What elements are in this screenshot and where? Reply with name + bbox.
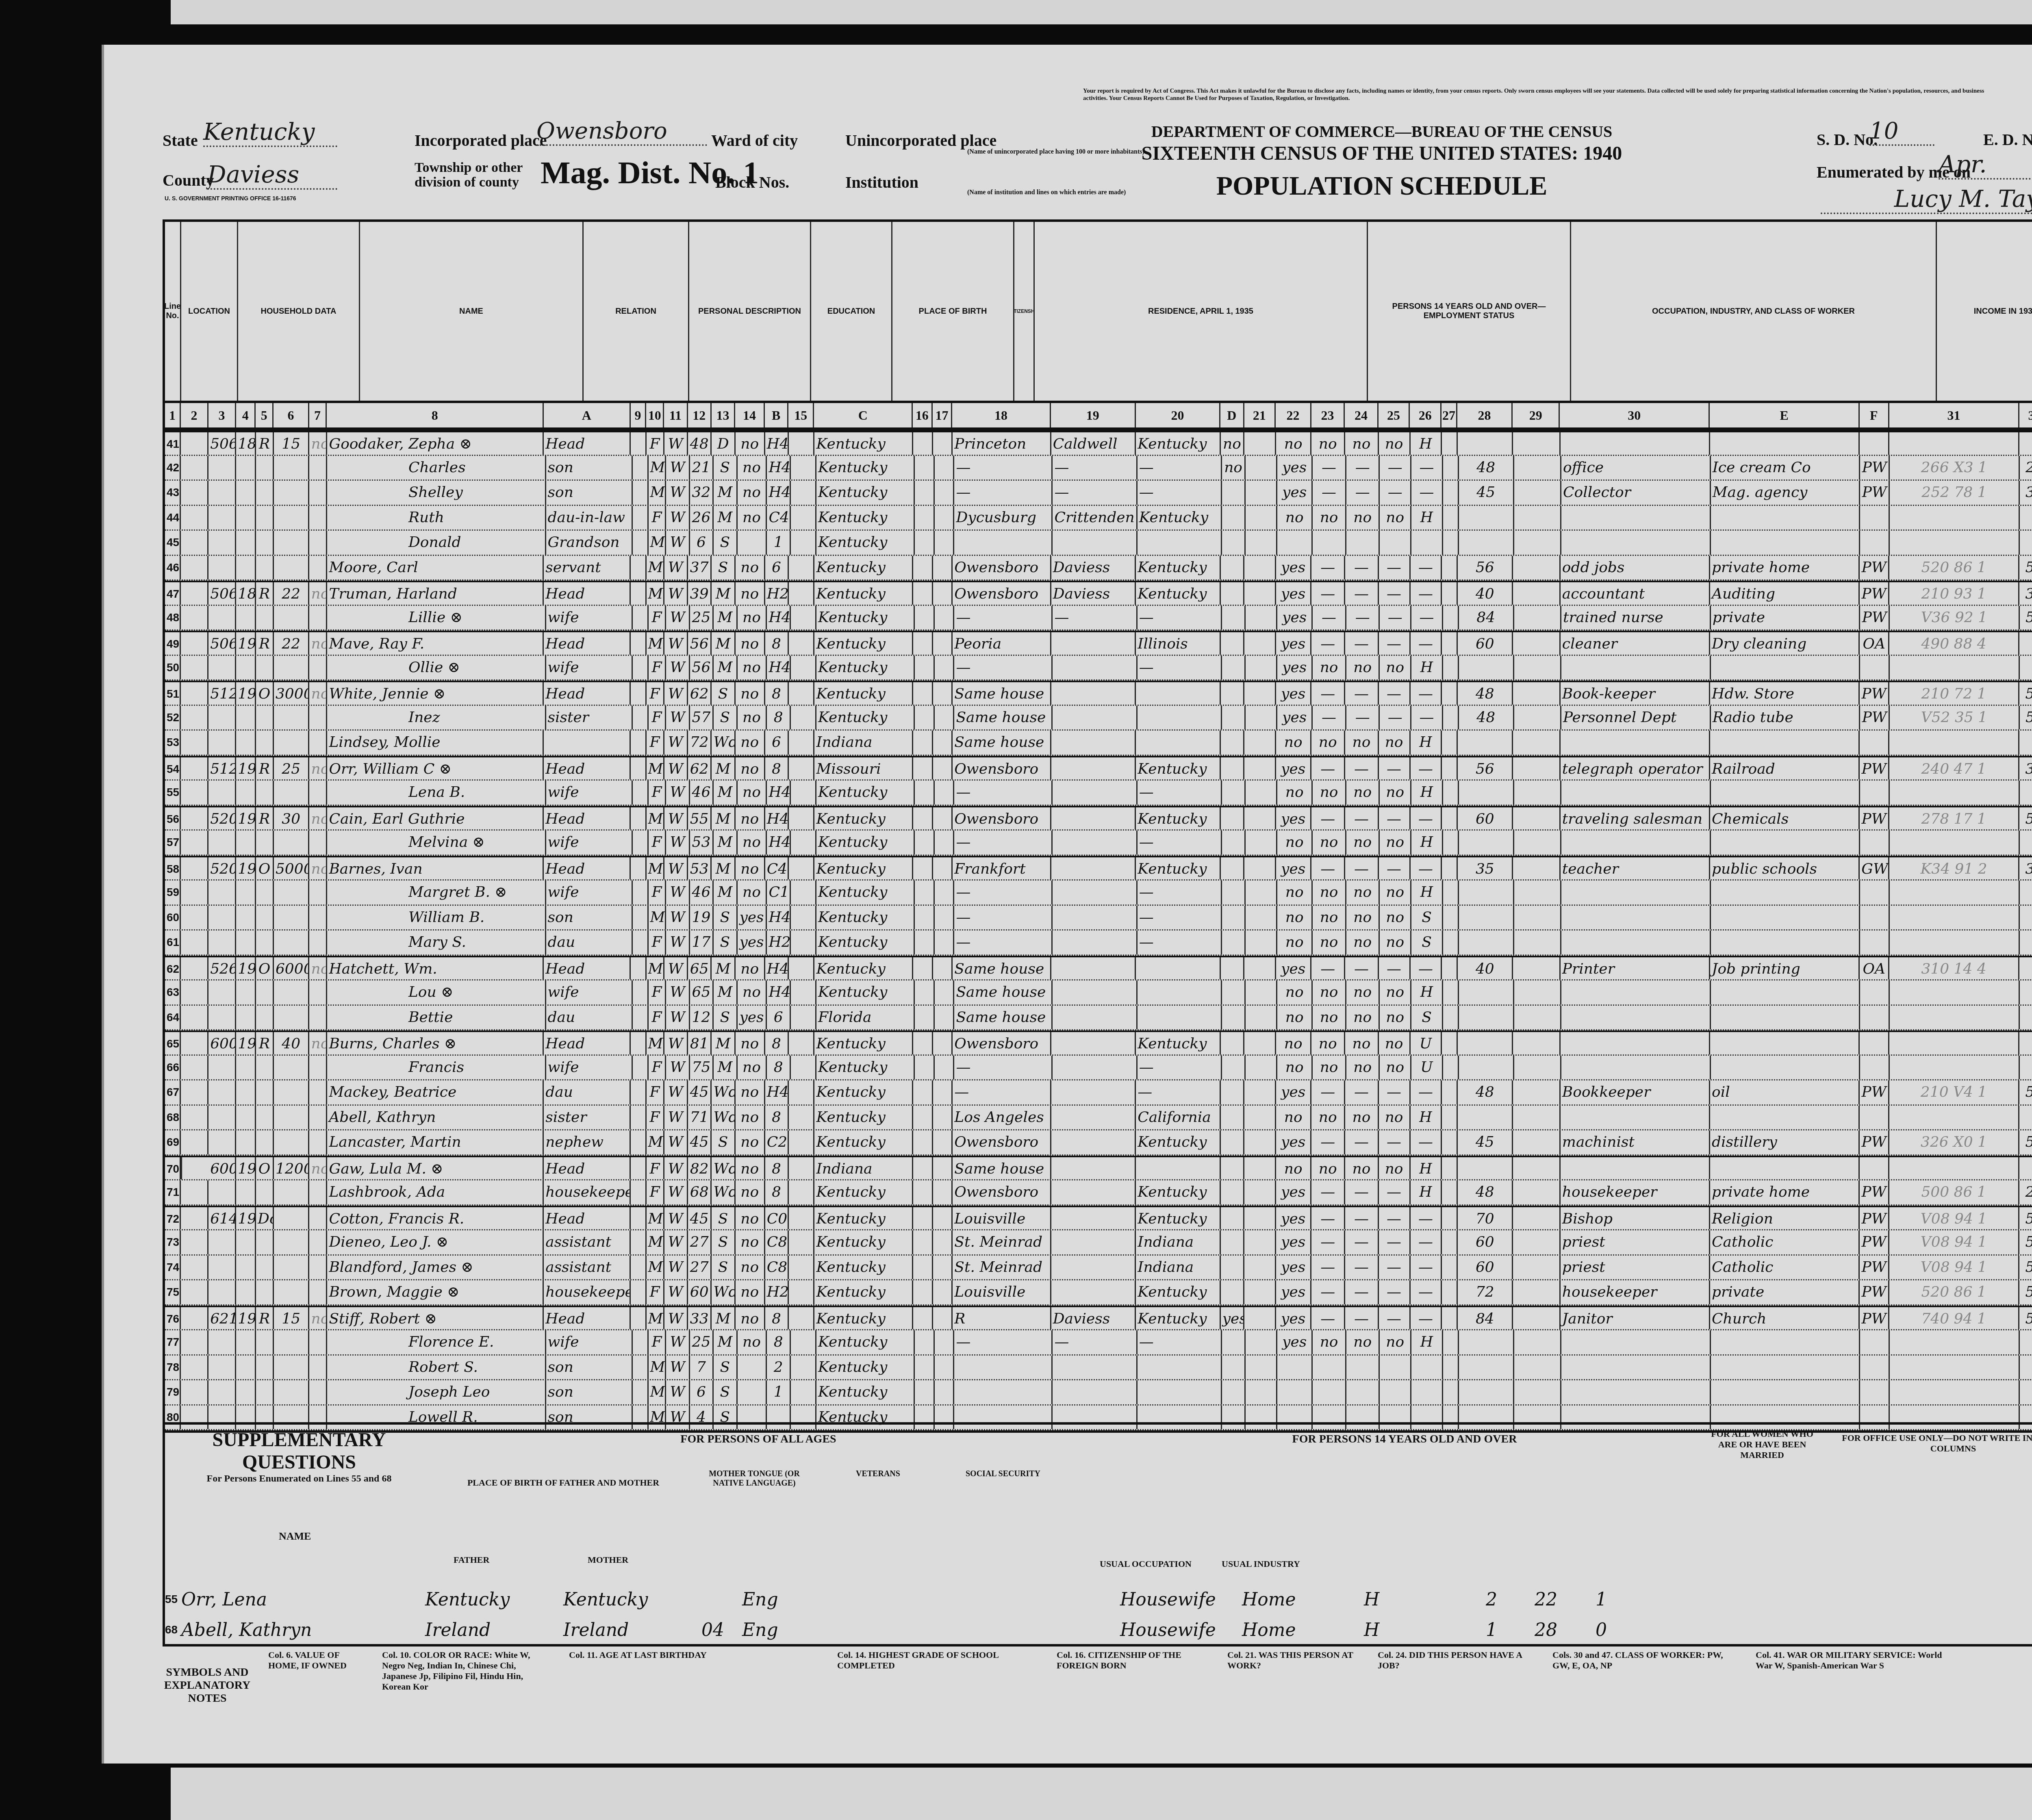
cell-marital: S [714,706,737,730]
cell-grade: 8 [767,706,790,730]
cell-age: 60 [688,1280,712,1304]
cell-c25: H [1411,731,1442,755]
cell-D [1246,706,1277,730]
cell-age: 53 [688,857,712,880]
cell-industry [1711,831,1860,855]
cell-res-farm [1221,1230,1244,1254]
cell-B [789,1280,814,1304]
cell-age: 39 [688,582,712,605]
cell-grade: H4 [765,1080,789,1104]
cell-res-county [1051,682,1136,705]
cell-res-county [1053,931,1137,954]
cell-race: W [664,1256,688,1280]
cell-tenure: R [256,1307,274,1330]
cell-tenure: O [256,957,274,980]
cell-C [913,807,933,830]
cell-res-state [1138,1356,1222,1380]
sup-children: 0 [1596,1620,1644,1640]
cell-C [913,1230,933,1254]
cell-c25: — [1411,1307,1442,1330]
cell-D [1244,857,1276,880]
cell-street [181,506,208,530]
cell-industry: Chemicals [1710,807,1860,830]
cell-hours [1459,981,1514,1004]
cell-code: 500 86 1 [1889,1180,2019,1204]
cell-res-city: — [954,906,1053,930]
cell-race: W [666,906,690,930]
cell-value [274,981,309,1004]
cell-res-farm [1221,1157,1244,1180]
cell-res-farm [1221,1130,1244,1154]
cell-res-city: — [954,456,1053,480]
cell-code [1889,432,2019,455]
cell-res-city: Same house [954,706,1053,730]
supplementary-subtitle: For Persons Enumerated on Lines 55 and 6… [169,1473,429,1484]
cell-A [633,831,649,855]
cell-school: no [736,1180,765,1204]
cell-line: 54 [165,757,181,780]
cell-tenure [256,881,274,905]
cell-res-city: Owensboro [953,807,1051,830]
table-row: 60William B.sonMW19SyesH4Kentucky——nonon… [165,906,2032,931]
cell-line: 51 [165,682,181,705]
cell-c22: no [1313,656,1346,680]
cell-res-city: Same house [953,1157,1051,1180]
cell-visit: 189 [236,582,256,605]
sup-code: 04 [701,1620,742,1640]
cell-res-farm [1222,931,1246,954]
cell-grade: 8 [765,1106,789,1130]
sup-header-usual-industry: USUAL INDUSTRY [1222,1559,1300,1569]
cell-relation: Head [544,582,630,605]
cell-farm [309,1207,327,1230]
cell-c22: no [1313,1006,1346,1030]
cell-grade: H4 [765,432,789,455]
incorporated-place-value: Owensboro [536,118,707,146]
cell-res-county: Crittenden [1053,506,1137,530]
cell-school [738,1380,767,1404]
cell-res-city: Owensboro [953,556,1051,580]
cell-name: Lindsey, Mollie [327,731,544,755]
cell-c25: H [1411,1106,1442,1130]
cell-age: 68 [688,1180,712,1204]
cell-tenure: O [256,1157,274,1180]
cell-industry [1710,1157,1860,1180]
cell-D [1246,831,1277,855]
cell-marital: Wd [712,1180,735,1204]
cell-A [631,556,647,580]
cell-E2 [1442,432,1458,455]
cell-A [633,1056,649,1080]
cell-res-city: Same house [954,1006,1053,1030]
enumerator-name: Lucy M. Taylor [1821,185,2032,214]
cell-c22: — [1311,957,1345,980]
cell-marital: M [714,881,737,905]
cell-hours: 60 [1458,807,1513,830]
cell-line: 58 [165,857,181,880]
cell-res-farm [1222,906,1246,930]
cell-c25: H [1411,656,1443,680]
cell-c21: no [1277,931,1313,954]
table-row: 47506189R22noTruman, HarlandHeadMW39MnoH… [165,581,2032,606]
cell-c25: H [1411,1180,1442,1204]
cell-B [791,456,816,480]
cell-res-city: — [954,481,1053,505]
cell-visit [236,1180,256,1204]
cell-res-farm [1222,1380,1246,1404]
cell-line: 44 [165,506,181,530]
cell-race: W [666,531,690,555]
cell-c25: H [1411,831,1443,855]
cell-school: no [736,1080,765,1104]
header-employment: PERSONS 14 YEARS OLD AND OVER—EMPLOYMENT… [1368,222,1571,401]
cell-race: W [666,831,690,855]
cell-class: PW [1860,1230,1889,1254]
cell-industry: Dry cleaning [1710,632,1860,655]
cell-value [274,506,309,530]
cell-relation: assistant [544,1256,630,1280]
cell-c21: no [1277,881,1313,905]
cell-sex: M [647,556,664,580]
cell-grade: H4 [767,456,790,480]
cell-relation: Head [544,432,630,455]
cell-res-county [1053,531,1137,555]
cell-c24: no [1380,881,1411,905]
cell-sex: F [649,656,666,680]
cell-code [1890,1380,2019,1404]
cell-street [181,1080,208,1104]
cell-weeks-unemp [1514,1356,1561,1380]
cell-A [633,981,649,1004]
cell-street [181,957,208,980]
column-number: 8 [327,403,544,427]
table-row: 64BettiedauFW12Syes6FloridaSame housenon… [165,1006,2032,1031]
cell-C [913,632,933,655]
cell-age: 26 [690,506,714,530]
cell-relation: housekeeper [544,1180,630,1204]
cell-race: W [664,957,688,980]
cell-hours: 40 [1458,582,1513,605]
cell-age: 75 [690,1056,714,1080]
cell-code: 740 94 1 [1889,1307,2019,1330]
cell-hours [1458,432,1513,455]
cell-C [913,432,933,455]
cell-c22: — [1313,606,1346,630]
cell-c24: — [1379,1207,1411,1230]
cell-birthplace: Kentucky [814,1256,913,1280]
cell-c23: no [1346,931,1380,954]
cell-res-farm [1221,1280,1244,1304]
cell-C [915,1380,935,1404]
cell-code: 210 72 1 [1889,682,2019,705]
column-number: 28 [1457,403,1513,427]
cell-marital: M [712,1307,735,1330]
cell-res-farm [1222,606,1246,630]
notes-title: SYMBOLS AND EXPLANATORY NOTES [163,1666,252,1705]
cell-res-county [1053,1380,1137,1404]
cell-weeks: 52 [2019,1307,2032,1330]
cell-industry: Catholic [1710,1256,1860,1280]
cell-res-state: — [1138,1330,1222,1354]
cell-c23: — [1346,456,1380,480]
cell-E2 [1443,706,1459,730]
cell-house [208,481,236,505]
cell-visit [236,531,256,555]
cell-res-county: — [1053,481,1137,505]
cell-school [738,1356,767,1380]
cell-sex: F [647,1157,664,1180]
cell-hours: 84 [1458,1307,1513,1330]
cell-B [791,1006,816,1030]
cell-c24: — [1379,857,1411,880]
cell-c24: no [1379,432,1411,455]
cell-c24: — [1379,1280,1411,1304]
cell-line: 57 [165,831,181,855]
cell-street [181,1130,208,1154]
cell-E2 [1443,881,1459,905]
table-row: 48Lillie ⊗wifeFW25MnoH4Kentucky———yes———… [165,606,2032,631]
cell-B [789,731,814,755]
column-number: 23 [1311,403,1345,427]
cell-school: no [738,781,767,805]
table-row: 51512191O3000noWhite, Jennie ⊗HeadFW62Sn… [165,681,2032,706]
cell-race: W [664,582,688,605]
cell-c24: no [1380,931,1411,954]
cell-C [913,757,933,780]
cell-A [633,881,649,905]
table-row: 72614198Does not applyCotton, Francis R.… [165,1206,2032,1231]
cell-farm: no [309,757,327,780]
cell-hours [1459,1330,1514,1354]
cell-c22: — [1311,682,1345,705]
cell-c24: — [1380,456,1411,480]
cell-street [181,1380,208,1404]
cell-relation [544,731,630,755]
cell-visit [236,656,256,680]
cell-sex: F [649,706,666,730]
sup-header-veterans: VETERANS [856,1469,900,1479]
cell-res-city: Owensboro [953,757,1051,780]
cell-sex: M [647,757,664,780]
cell-house [208,1356,236,1380]
cell-C [913,582,933,605]
cell-street [181,556,208,580]
cell-street [181,807,208,830]
cell-grade: C8 [765,1256,789,1280]
cell-marital: S [714,1356,737,1380]
cell-res-county [1051,857,1136,880]
cell-visit: 191 [236,682,256,705]
column-number: 15 [788,403,814,427]
cell-weeks-unemp [1514,706,1561,730]
cell-res-city: Dycusburg [954,506,1053,530]
cell-farm: no [309,432,327,455]
cell-D [1244,731,1276,755]
cell-res-state [1138,1380,1222,1404]
cell-birthplace: Kentucky [814,957,913,980]
cell-birthplace: Kentucky [816,531,915,555]
cell-c24 [1380,1380,1411,1404]
cell-visit [236,606,256,630]
cell-birthplace: Indiana [814,1157,913,1180]
cell-B [789,632,814,655]
cell-res-state: California [1136,1106,1220,1130]
cell-E2 [1442,1157,1458,1180]
cell-res-farm [1221,757,1244,780]
cell-weeks-unemp [1514,1006,1561,1030]
cell-weeks-unemp [1514,481,1561,505]
cell-weeks [2020,1006,2032,1030]
cell-class [1860,506,1890,530]
cell-c24: no [1380,656,1411,680]
cell-weeks-unemp [1513,1307,1561,1330]
cell-weeks-unemp [1514,981,1561,1004]
cell-res-farm [1222,506,1246,530]
cell-tenure [256,1230,274,1254]
cell-c24: no [1379,1106,1411,1130]
cell-E2 [1443,606,1459,630]
cell-relation: son [546,906,633,930]
cell-cit [933,1106,953,1130]
cell-relation: nephew [544,1130,630,1154]
cell-house: 512 [208,682,236,705]
cell-value [274,1207,309,1230]
column-headers: Line No. LOCATION HOUSEHOLD DATA NAME RE… [165,222,2032,403]
cell-race: W [664,556,688,580]
cell-cit [933,757,953,780]
cell-c24: — [1379,807,1411,830]
note-col10: Col. 10. COLOR OR RACE: White W, Negro N… [382,1650,553,1692]
cell-house [208,1280,236,1304]
cell-c24: — [1379,582,1411,605]
cell-E2 [1442,1080,1458,1104]
cell-race: W [664,807,688,830]
cell-c25: — [1411,1207,1442,1230]
cell-res-state: — [1138,781,1222,805]
cell-A [633,656,649,680]
table-row: 53Lindsey, MollieFW72Wdno6IndianaSame ho… [165,731,2032,756]
cell-res-state: Kentucky [1136,432,1220,455]
cell-E2 [1443,481,1459,505]
cell-sex: F [647,1180,664,1204]
cell-street [181,582,208,605]
sup-mother: Kentucky [563,1589,701,1610]
cell-farm: no [309,807,327,830]
cell-value: 15 [274,1307,309,1330]
table-row: 43ShelleysonMW32MnoH4Kentucky———yes————4… [165,481,2032,506]
cell-house [208,531,236,555]
cell-age: 25 [690,606,714,630]
cell-c24: no [1380,506,1411,530]
cell-res-county [1051,1106,1136,1130]
cell-weeks [2019,1157,2032,1180]
cell-age: 32 [690,481,714,505]
cell-res-city: — [954,881,1053,905]
cell-code: 252 78 1 [1890,481,2019,505]
cell-tenure [256,1006,274,1030]
cell-weeks-unemp [1513,432,1561,455]
cell-weeks [2020,831,2032,855]
cell-c24: — [1379,1307,1411,1330]
cell-D [1244,957,1276,980]
cell-line: 59 [165,881,181,905]
note-col16: Col. 16. CITIZENSHIP OF THE FOREIGN BORN [1057,1650,1211,1671]
cell-visit: 197 [236,1157,256,1180]
cell-res-state: — [1136,1080,1220,1104]
cell-age: 56 [690,656,714,680]
cell-birthplace: Kentucky [816,456,915,480]
cell-class: PW [1860,556,1889,580]
cell-res-farm [1221,957,1244,980]
cell-class: PW [1860,481,1890,505]
cell-line: 45 [165,531,181,555]
cell-street [181,1280,208,1304]
cell-B [791,831,816,855]
cell-industry: Hdw. Store [1710,682,1860,705]
cell-age: 37 [688,556,712,580]
cell-school: no [736,1230,765,1254]
cell-C [915,831,935,855]
cell-line: 78 [165,1356,181,1380]
cell-c23: — [1345,1207,1379,1230]
cell-c25: H [1411,432,1442,455]
cell-C [915,881,935,905]
cell-res-county [1053,1356,1137,1380]
cell-res-county [1053,1006,1137,1030]
cell-house: 512 [208,757,236,780]
cell-cit [933,731,953,755]
cell-tenure [256,656,274,680]
cell-relation: son [546,456,633,480]
supplementary-row: 68Abell, KathrynIrelandIreland04EngHouse… [165,1614,2032,1646]
table-row: 46Moore, CarlservantMW37Sno6KentuckyOwen… [165,556,2032,581]
cell-class [1860,906,1890,930]
cell-occupation: telegraph operator [1561,757,1710,780]
cell-occupation: housekeeper [1561,1180,1710,1204]
cell-house [208,456,236,480]
cell-code: 326 X0 1 [1889,1130,2019,1154]
cell-hours [1459,656,1514,680]
cell-occupation [1561,432,1710,455]
cell-school: yes [738,906,767,930]
cell-name: Lena B. [327,781,546,805]
cell-occupation: Collector [1561,481,1711,505]
cell-school: no [736,807,765,830]
column-number: 14 [735,403,765,427]
cell-birthplace: Kentucky [816,881,915,905]
cell-code [1890,1056,2019,1080]
cell-occupation [1561,831,1711,855]
cell-house [208,781,236,805]
cell-age: 45 [688,1130,712,1154]
cell-code: K34 91 2 [1889,857,2019,880]
cell-relation: Head [544,1157,630,1180]
cell-relation: son [546,1380,633,1404]
cell-line: 52 [165,706,181,730]
cell-tenure: R [256,1032,274,1054]
cell-visit [236,1056,256,1080]
cell-weeks-unemp [1514,881,1561,905]
cell-name: Mary S. [327,931,546,954]
cell-c22: no [1311,1032,1345,1054]
cell-C [915,656,935,680]
cell-c21: yes [1277,1330,1313,1354]
cell-A [631,1230,647,1254]
cell-D [1246,981,1277,1004]
cell-value [274,531,309,555]
cell-c22: — [1311,1207,1345,1230]
cell-c21: no [1277,981,1313,1004]
